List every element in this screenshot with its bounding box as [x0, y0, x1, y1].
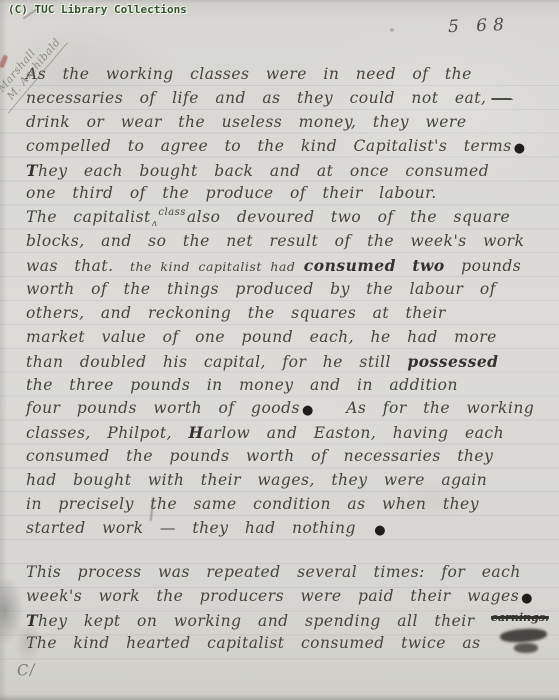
segment-text: worth of the things produced by the labo…: [26, 280, 496, 298]
segment-text: also devoured two of the square: [187, 208, 510, 226]
ink-scribble-blot-small: [514, 643, 538, 653]
manuscript-page: (C) TUC Library Collections 5 68 Marshal…: [0, 0, 559, 700]
segment-b: consumed: [304, 256, 396, 275]
manuscript-line: worth of the things produced by the labo…: [26, 278, 548, 302]
segment-text: hey each bought back and at once consume…: [38, 162, 489, 180]
segment-sm: the kind capitalist had: [130, 259, 304, 274]
segment-text: pounds: [445, 257, 522, 275]
manuscript-line: was that. the kind capitalist had consum…: [26, 254, 548, 278]
segment-text: market value of one pound each, he had m…: [26, 328, 497, 346]
manuscript-line: The kind hearted capitalist consumed twi…: [26, 632, 548, 656]
segment-blob: ●: [514, 141, 525, 156]
segment-blob: ●: [521, 591, 532, 606]
segment-text: others, and reckoning the squares at the…: [26, 304, 446, 322]
manuscript-lines: As the working classes were in need of t…: [26, 63, 548, 656]
manuscript-line: started work — they had nothing ●: [26, 517, 548, 541]
segment-scr: earnings.: [491, 611, 549, 624]
manuscript-line: others, and reckoning the squares at the…: [26, 302, 548, 326]
segment-text: hey kept on working and spending all the…: [38, 612, 491, 630]
segment-text: was that.: [26, 257, 130, 275]
segment-b: possessed: [407, 352, 498, 371]
segment-text: This process was repeated several times:…: [26, 563, 521, 581]
manuscript-line: consumed the pounds worth of necessaries…: [26, 445, 548, 469]
manuscript-line: one third of the produce of their labour…: [26, 182, 548, 206]
manuscript-line: had bought with their wages, they were a…: [26, 469, 548, 493]
segment-text: [396, 257, 412, 275]
manuscript-line: This process was repeated several times:…: [26, 561, 548, 585]
manuscript-line: They each bought back and at once consum…: [26, 159, 548, 183]
segment-text: classes, Philpot,: [26, 424, 188, 442]
segment-text: drink or wear the useless money, they we…: [26, 113, 467, 131]
segment-text: necessaries of life and as they could no…: [26, 89, 486, 107]
segment-text: in precisely the same condition as when …: [26, 495, 479, 513]
manuscript-line: four pounds worth of goods● As for the w…: [26, 397, 548, 421]
manuscript-line: in precisely the same condition as when …: [26, 493, 548, 517]
segment-blob: ●: [302, 403, 313, 418]
segment-b: two: [412, 256, 444, 275]
red-pencil-mark: [0, 55, 8, 69]
manuscript-line: As the working classes were in need of t…: [26, 63, 548, 87]
manuscript-line: They kept on working and spending all th…: [26, 609, 548, 633]
segment-text: blocks, and so the net result of the wee…: [26, 232, 525, 250]
segment-text: As for the working: [313, 399, 534, 417]
segment-text: had bought with their wages, they were a…: [26, 471, 487, 489]
segment-blob: ●: [374, 523, 385, 538]
segment-text: the three pounds in money and in additio…: [26, 376, 458, 394]
segment-text: As the working classes were in need of t…: [26, 65, 472, 83]
manuscript-line: than doubled his capital, for he still p…: [26, 350, 548, 374]
segment-text: one third of the produce of their labour…: [26, 184, 437, 202]
segment-text: week's work the producers were paid thei…: [26, 587, 519, 605]
manuscript-line: blocks, and so the net result of the wee…: [26, 230, 548, 254]
manuscript-line: market value of one pound each, he had m…: [26, 326, 548, 350]
segment-text: four pounds worth of goods: [26, 399, 300, 417]
page-number: 5 68: [448, 15, 511, 37]
manuscript-line: compelled to agree to the kind Capitalis…: [26, 135, 548, 159]
bottom-pencil-mark: C/: [16, 660, 36, 679]
segment-text: consumed the pounds worth of necessaries…: [26, 447, 493, 465]
manuscript-line: classes, Philpot, Harlow and Easton, hav…: [26, 421, 548, 445]
segment-strike: ——: [491, 92, 511, 106]
segment-sup: class: [158, 207, 186, 218]
manuscript-line: drink or wear the useless money, they we…: [26, 111, 548, 135]
segment-b: T: [26, 161, 38, 180]
segment-text: The kind hearted capitalist consumed twi…: [26, 634, 481, 652]
segment-caret: ʌ: [152, 219, 158, 229]
segment-b: H: [188, 423, 203, 442]
segment-text: started work — they had nothing: [26, 519, 372, 537]
segment-text: arlow and Easton, having each: [204, 424, 504, 442]
manuscript-line: necessaries of life and as they could no…: [26, 87, 548, 111]
manuscript-line: the three pounds in money and in additio…: [26, 374, 548, 398]
segment-text: The capitalist: [26, 208, 151, 226]
segment-text: than doubled his capital, for he still: [26, 353, 407, 371]
segment-b: T: [26, 611, 38, 630]
manuscript-line: week's work the producers were paid thei…: [26, 585, 548, 609]
segment-text: compelled to agree to the kind Capitalis…: [26, 137, 512, 155]
manuscript-line: The capitalistʌclassalso devoured two of…: [26, 206, 548, 230]
